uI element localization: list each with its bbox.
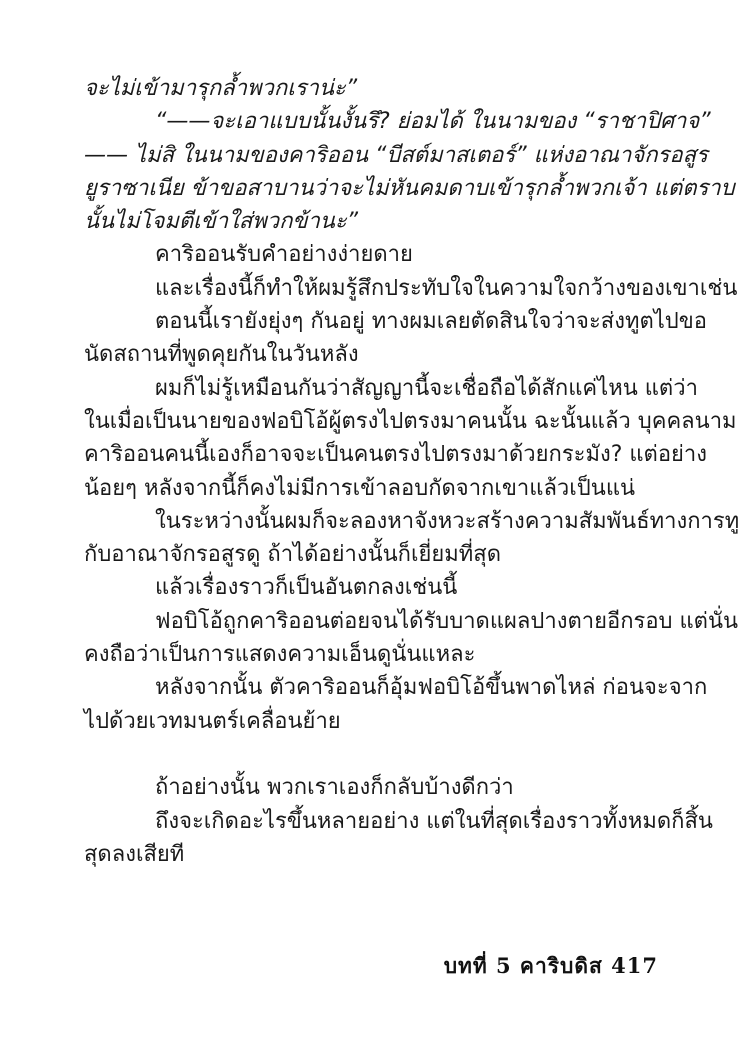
- page-footer: บทที่ 5 คาริบดิส 417: [444, 950, 658, 983]
- text-line: ยูราซาเนีย ข้าขอสาบานว่าจะไม่หันคมดาบเข้…: [84, 172, 658, 205]
- text-line: “——จะเอาแบบนั้นงั้นรึ? ย่อมได้ ในนามของ …: [84, 105, 658, 138]
- text-line: สุดลงเสียที: [84, 838, 658, 871]
- text-line: คาริออนคนนี้เองก็อาจจะเป็นคนตรงไปตรงมาด้…: [84, 438, 658, 471]
- text-line: ในเมื่อเป็นนายของฟอบิโอ้ผู้ตรงไปตรงมาคนน…: [84, 405, 658, 438]
- chapter-page-label: บทที่ 5 คาริบดิส 417: [444, 953, 658, 978]
- blank-line: [84, 738, 658, 771]
- text-line: ผมก็ไม่รู้เหมือนกันว่าสัญญานี้จะเชื่อถือ…: [84, 372, 658, 405]
- text-line: —— ไม่สิ ในนามของคาริออน “บีสต์มาสเตอร์”…: [84, 139, 658, 172]
- text-line: ฟอบิโอ้ถูกคาริออนต่อยจนได้รับบาดแผลปางตา…: [84, 605, 658, 638]
- text-line: นัดสถานที่พูดคุยกันในวันหลัง: [84, 338, 658, 371]
- text-line: แล้วเรื่องราวก็เป็นอันตกลงเช่นนี้: [84, 571, 658, 604]
- text-line: ถ้าอย่างนั้น พวกเราเองก็กลับบ้างดีกว่า: [84, 771, 658, 804]
- text-line: น้อยๆ หลังจากนี้ก็คงไม่มีการเข้าลอบกัดจา…: [84, 472, 658, 505]
- text-line: ไปด้วยเวทมนตร์เคลื่อนย้าย: [84, 705, 658, 738]
- text-line: หลังจากนั้น ตัวคาริออนก็อุ้มฟอบิโอ้ขึ้นพ…: [84, 671, 658, 704]
- text-line: ตอนนี้เรายังยุ่งๆ กันอยู่ ทางผมเลยตัดสิน…: [84, 305, 658, 338]
- book-page: จะไม่เข้ามารุกล้ำพวกเราน่ะ”“——จะเอาแบบนั…: [0, 0, 738, 1051]
- text-line: ถึงจะเกิดอะไรขึ้นหลายอย่าง แต่ในที่สุดเร…: [84, 805, 658, 838]
- text-line: ในระหว่างนั้นผมก็จะลองหาจังหวะสร้างความส…: [84, 505, 658, 538]
- text-line: จะไม่เข้ามารุกล้ำพวกเราน่ะ”: [84, 72, 658, 105]
- text-line: กับอาณาจักรอสูรดู ถ้าได้อย่างนั้นก็เยี่ย…: [84, 538, 658, 571]
- text-line: นั้นไม่โจมตีเข้าใส่พวกข้านะ”: [84, 205, 658, 238]
- text-line: และเรื่องนี้ก็ทำให้ผมรู้สึกประทับใจในควา…: [84, 272, 658, 305]
- text-line: คงถือว่าเป็นการแสดงความเอ็นดูนั่นแหละ: [84, 638, 658, 671]
- page-text: จะไม่เข้ามารุกล้ำพวกเราน่ะ”“——จะเอาแบบนั…: [84, 72, 658, 871]
- text-line: คาริออนรับคำอย่างง่ายดาย: [84, 238, 658, 271]
